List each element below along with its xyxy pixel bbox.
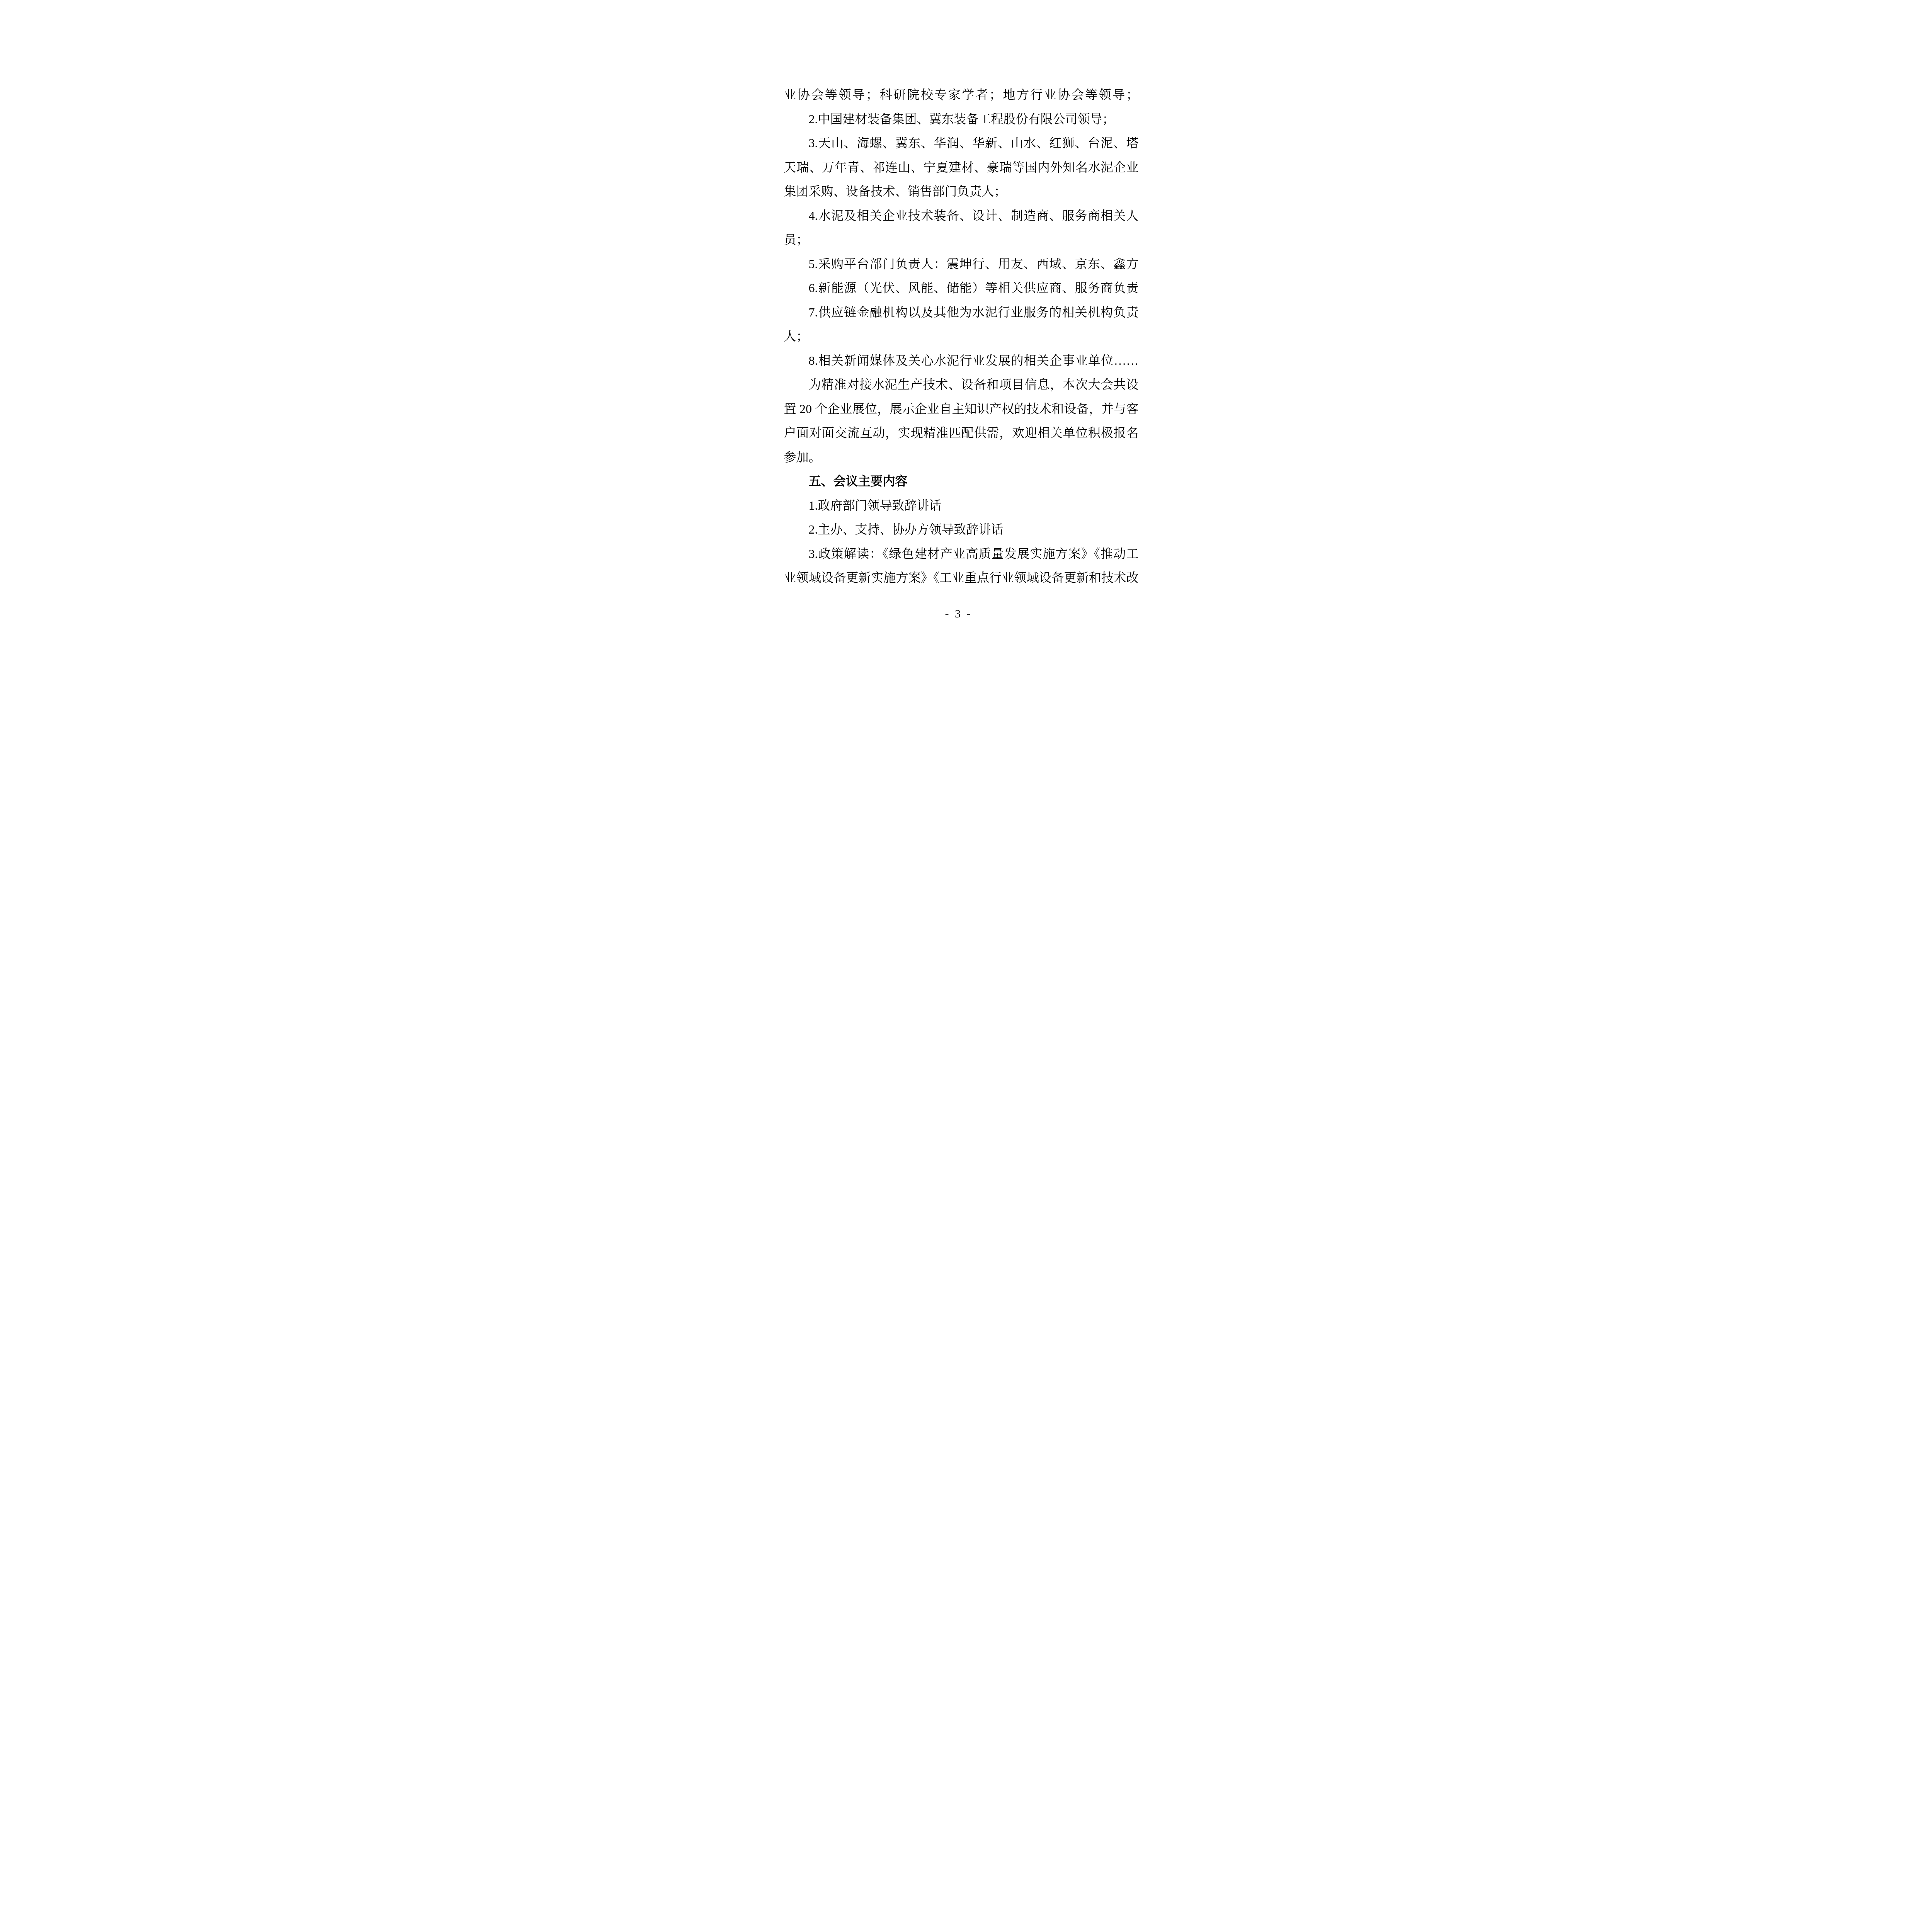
text-line: 天瑞、万年青、祁连山、宁夏建材、豪瑞等国内外知名水泥企业 <box>784 155 1139 180</box>
text-line: 员； <box>784 228 1139 252</box>
text-line: 1.政府部门领导致辞讲话 <box>784 493 1139 518</box>
text-line: 7.供应链金融机构以及其他为水泥行业服务的相关机构负责 <box>784 300 1139 325</box>
text-line: 2.中国建材装备集团、冀东装备工程股份有限公司领导； <box>784 107 1139 131</box>
text-line: 4.水泥及相关企业技术装备、设计、制造商、服务商相关人 <box>784 204 1139 228</box>
text-line: 3.政策解读：《绿色建材产业高质量发展实施方案》《推动工 <box>784 542 1139 566</box>
text-line: 5.采购平台部门负责人：震坤行、用友、西域、京东、鑫方盛； <box>784 252 1139 276</box>
text-line: 业协会等领导；科研院校专家学者；地方行业协会等领导； <box>784 83 1139 107</box>
page-number: - 3 - <box>719 607 1198 621</box>
text-line: 业领域设备更新实施方案》《工业重点行业领域设备更新和技术改 <box>784 566 1139 590</box>
document-page: 业协会等领导；科研院校专家学者；地方行业协会等领导；2.中国建材装备集团、冀东装… <box>719 0 1198 678</box>
text-line: 3.天山、海螺、冀东、华润、华新、山水、红狮、台泥、塔牌、 <box>784 131 1139 155</box>
text-line: 2.主办、支持、协办方领导致辞讲话 <box>784 517 1139 542</box>
text-line: 户面对面交流互动，实现精准匹配供需，欢迎相关单位积极报名 <box>784 421 1139 445</box>
text-line: 6.新能源（光伏、风能、储能）等相关供应商、服务商负责人； <box>784 276 1139 300</box>
text-line: 参加。 <box>784 445 1139 469</box>
text-line: 8.相关新闻媒体及关心水泥行业发展的相关企事业单位…… <box>784 349 1139 373</box>
text-line: 人； <box>784 324 1139 349</box>
text-line: 为精准对接水泥生产技术、设备和项目信息，本次大会共设 <box>784 372 1139 397</box>
section-heading: 五、会议主要内容 <box>784 469 1139 493</box>
text-line: 置 20 个企业展位，展示企业自主知识产权的技术和设备，并与客 <box>784 397 1139 421</box>
document-body: 业协会等领导；科研院校专家学者；地方行业协会等领导；2.中国建材装备集团、冀东装… <box>784 83 1139 590</box>
text-line: 集团采购、设备技术、销售部门负责人； <box>784 179 1139 204</box>
